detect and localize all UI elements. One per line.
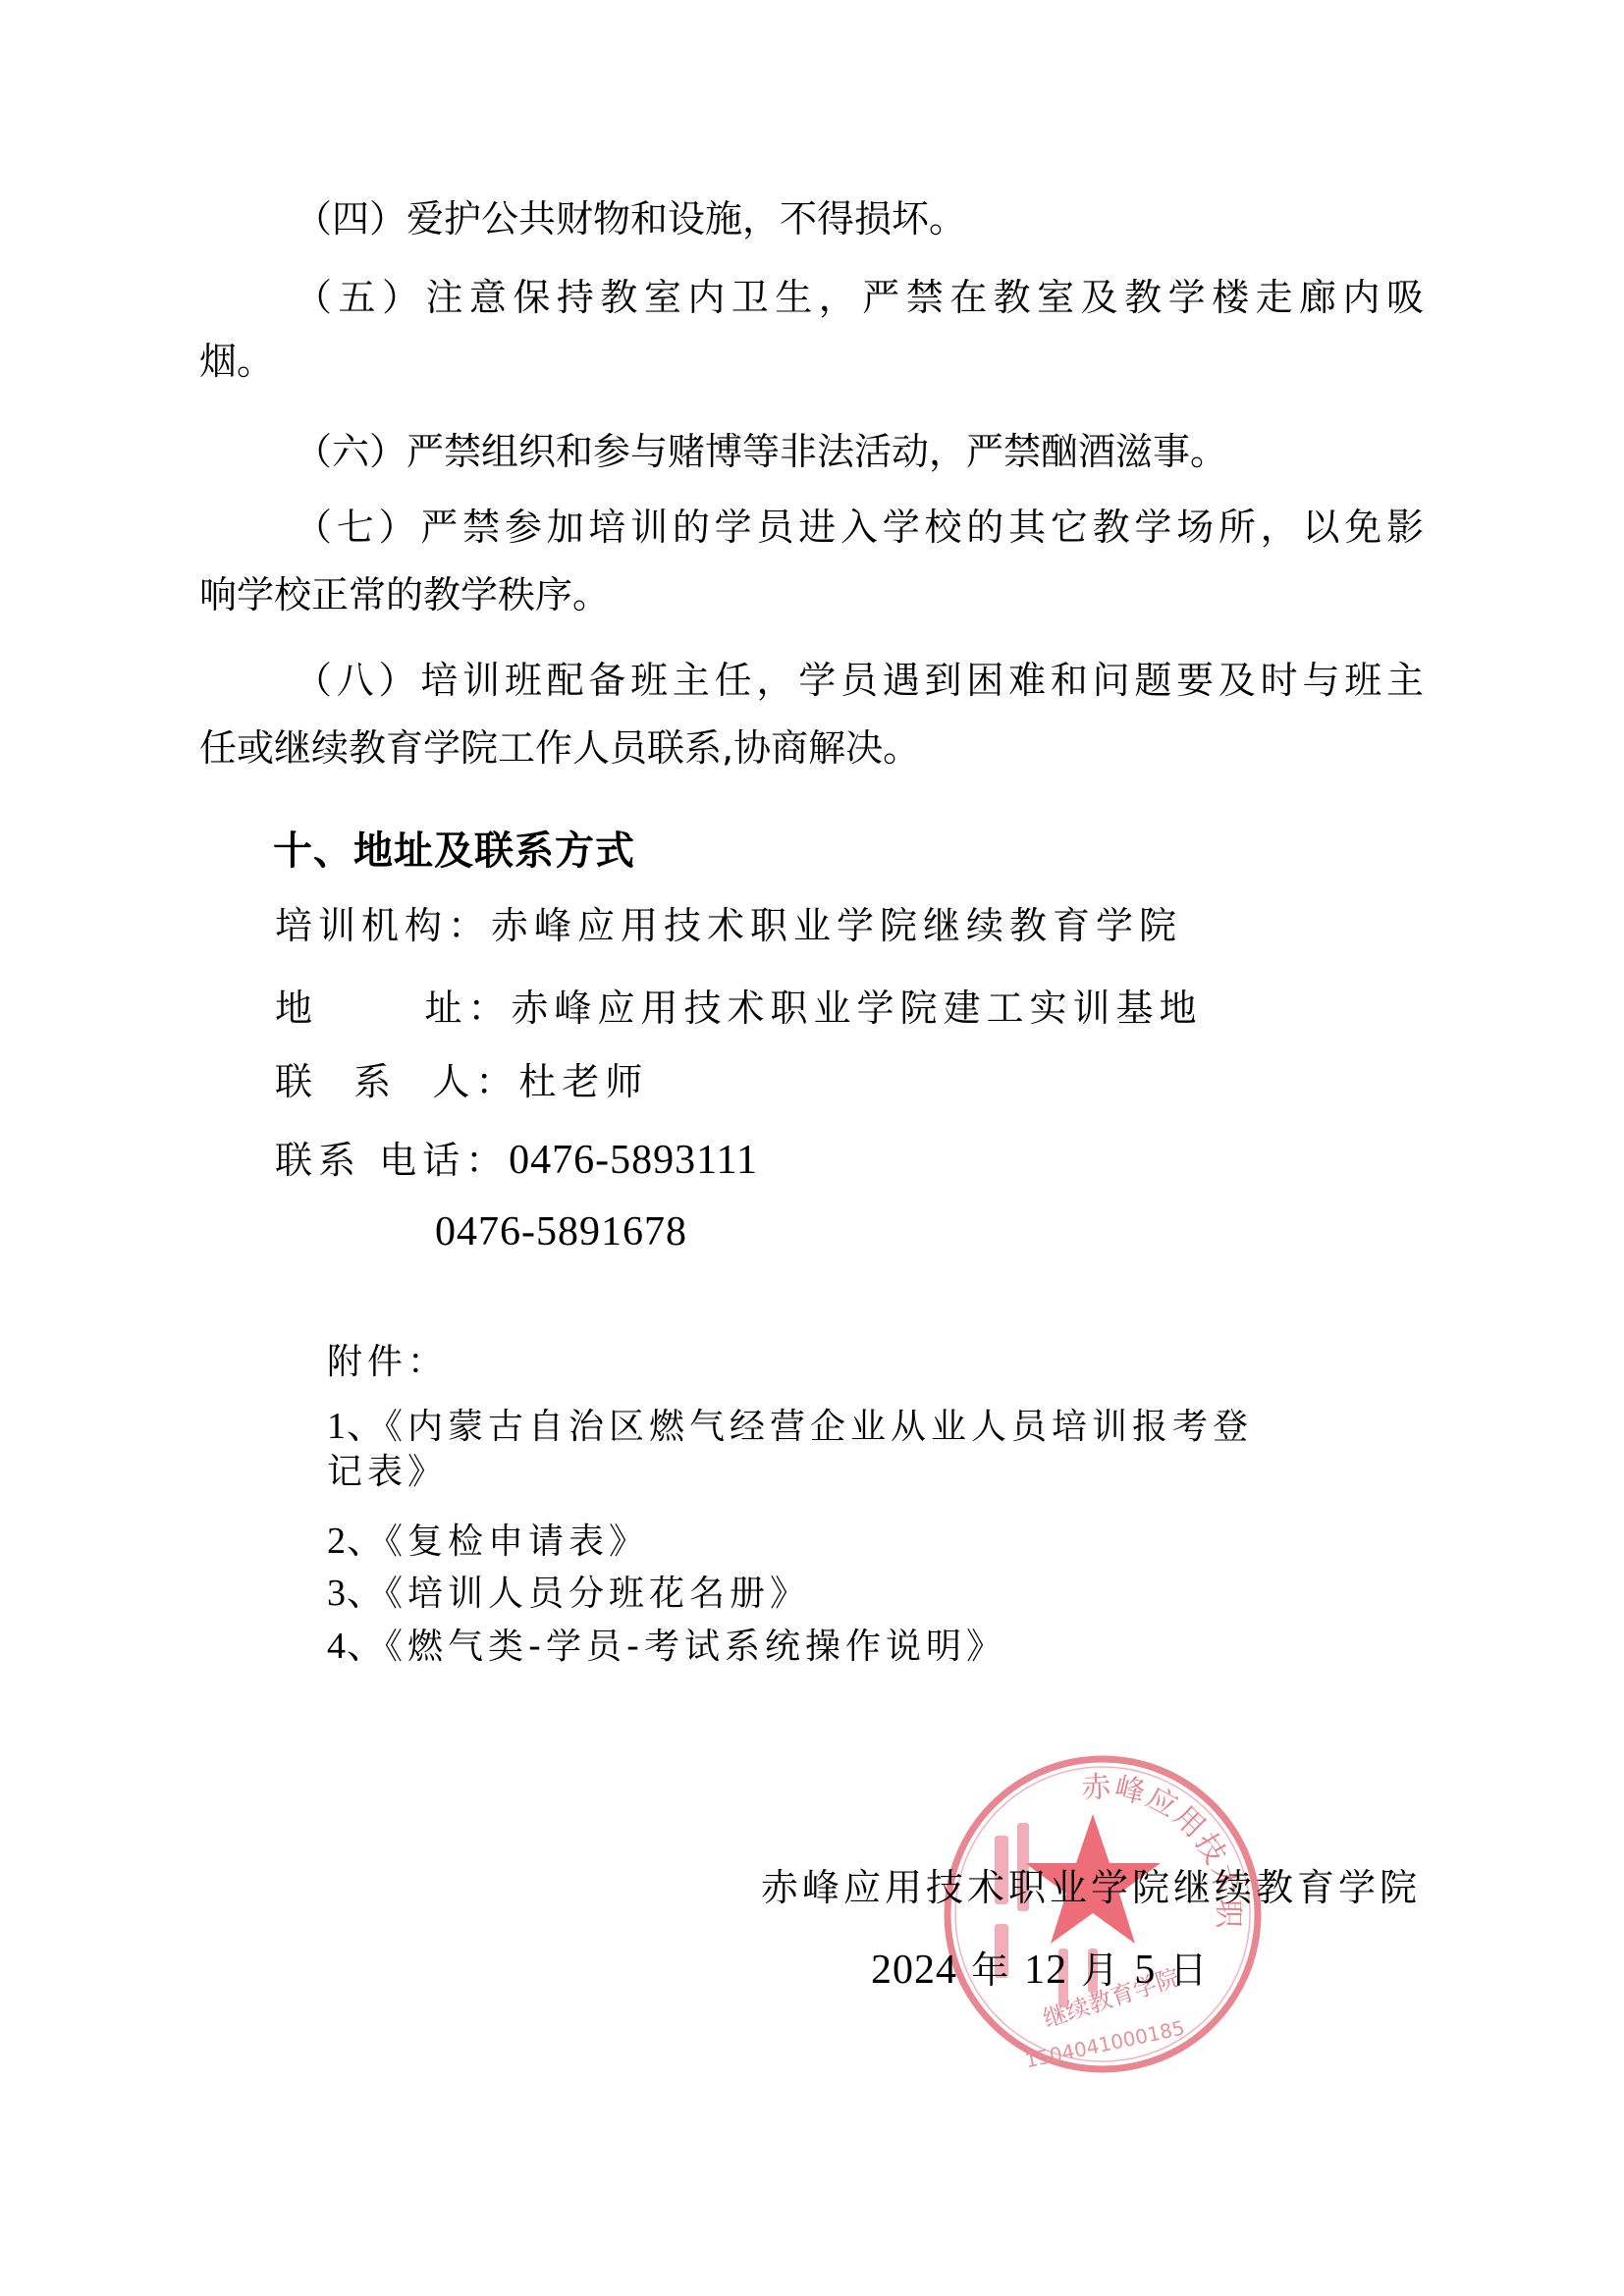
rule-item-5-line-1: （五）注意保持教室内卫生，严禁在教室及教学楼走廊内吸 [199, 273, 1424, 322]
date-month: 12 [1024, 1948, 1067, 1993]
institution-label: 培训机构： [275, 904, 491, 947]
contact-phone-2: 0476-5891678 [435, 1207, 687, 1256]
address-value: 赤峰应用技术职业学院建工实训基地 [511, 987, 1202, 1030]
attachment-title: 《内蒙古自治区燃气经营企业从业人员培训报考登 [385, 1407, 1253, 1447]
rule-item-6: （六）严禁组织和参与赌博等非法活动，严禁酗酒滋事。 [199, 427, 1424, 476]
attachment-title: 《复检申请表》 [385, 1522, 649, 1562]
signature-date: 2024 年 12 月 5 日 [871, 1946, 1209, 1995]
attachment-number: 2、 [327, 1521, 385, 1562]
rule-item-4: （四）爱护公共财物和设施，不得损坏。 [199, 194, 1424, 243]
contact-phone: 联系 电话：0476-5893111 [275, 1136, 758, 1185]
contact-person: 联 系 人：杜老师 [275, 1057, 648, 1106]
date-day: 5 [1134, 1948, 1156, 1993]
attachment-number: 1、 [327, 1406, 385, 1447]
rule-item-8-line-1: （八）培训班配备班主任，学员遇到困难和问题要及时与班主 [199, 656, 1424, 705]
phone-number-1: 0476-5893111 [509, 1138, 758, 1183]
date-year: 2024 [871, 1948, 957, 1993]
date-day-unit: 日 [1156, 1949, 1209, 1992]
person-value: 杜老师 [518, 1060, 648, 1103]
rule-item-7-line-1: （七）严禁参加培训的学员进入学校的其它教学场所，以免影 [199, 503, 1424, 552]
attachment-title: 《培训人员分班花名册》 [385, 1574, 810, 1614]
address-label: 地 址： [275, 987, 511, 1030]
official-seal-icon: 赤峰应用技术职业学院 继续教育学院 1504041000185 [941, 1752, 1265, 2076]
phone-label: 联系 电话： [275, 1139, 509, 1182]
attachment-number: 3、 [327, 1573, 385, 1614]
contact-institution: 培训机构：赤峰应用技术职业学院继续教育学院 [275, 901, 1182, 950]
rule-item-5-line-2: 烟。 [199, 337, 1424, 386]
attachment-item-2: 2、《复检申请表》 [327, 1517, 649, 1566]
section-heading-contact: 十、地址及联系方式 [273, 827, 635, 876]
institution-value: 赤峰应用技术职业学院继续教育学院 [491, 904, 1182, 947]
date-month-unit: 月 [1067, 1949, 1134, 1992]
attachment-item-1-line-2: 记表》 [327, 1448, 448, 1497]
date-year-unit: 年 [957, 1949, 1024, 1992]
attachment-item-3: 3、《培训人员分班花名册》 [327, 1569, 810, 1618]
attachment-number: 4、 [327, 1626, 385, 1667]
attachment-item-1: 1、《内蒙古自治区燃气经营企业从业人员培训报考登 [327, 1402, 1253, 1451]
attachment-title: 《燃气类-学员-考试系统操作说明》 [385, 1627, 1006, 1667]
phone-number-2: 0476-5891678 [435, 1209, 687, 1255]
rule-item-7-line-2: 响学校正常的教学秩序。 [199, 570, 1424, 619]
signature-organization: 赤峰应用技术职业学院继续教育学院 [761, 1863, 1421, 1912]
contact-address: 地 址：赤峰应用技术职业学院建工实训基地 [275, 984, 1203, 1033]
document-page: （四）爱护公共财物和设施，不得损坏。 （五）注意保持教室内卫生，严禁在教室及教学… [0, 0, 1624, 2296]
attachment-item-4: 4、《燃气类-学员-考试系统操作说明》 [327, 1622, 1006, 1671]
attachments-title: 附件： [327, 1338, 448, 1387]
person-label: 联 系 人： [275, 1060, 518, 1103]
rule-item-8-line-2: 任或继续教育学院工作人员联系,协商解决。 [199, 723, 1424, 773]
